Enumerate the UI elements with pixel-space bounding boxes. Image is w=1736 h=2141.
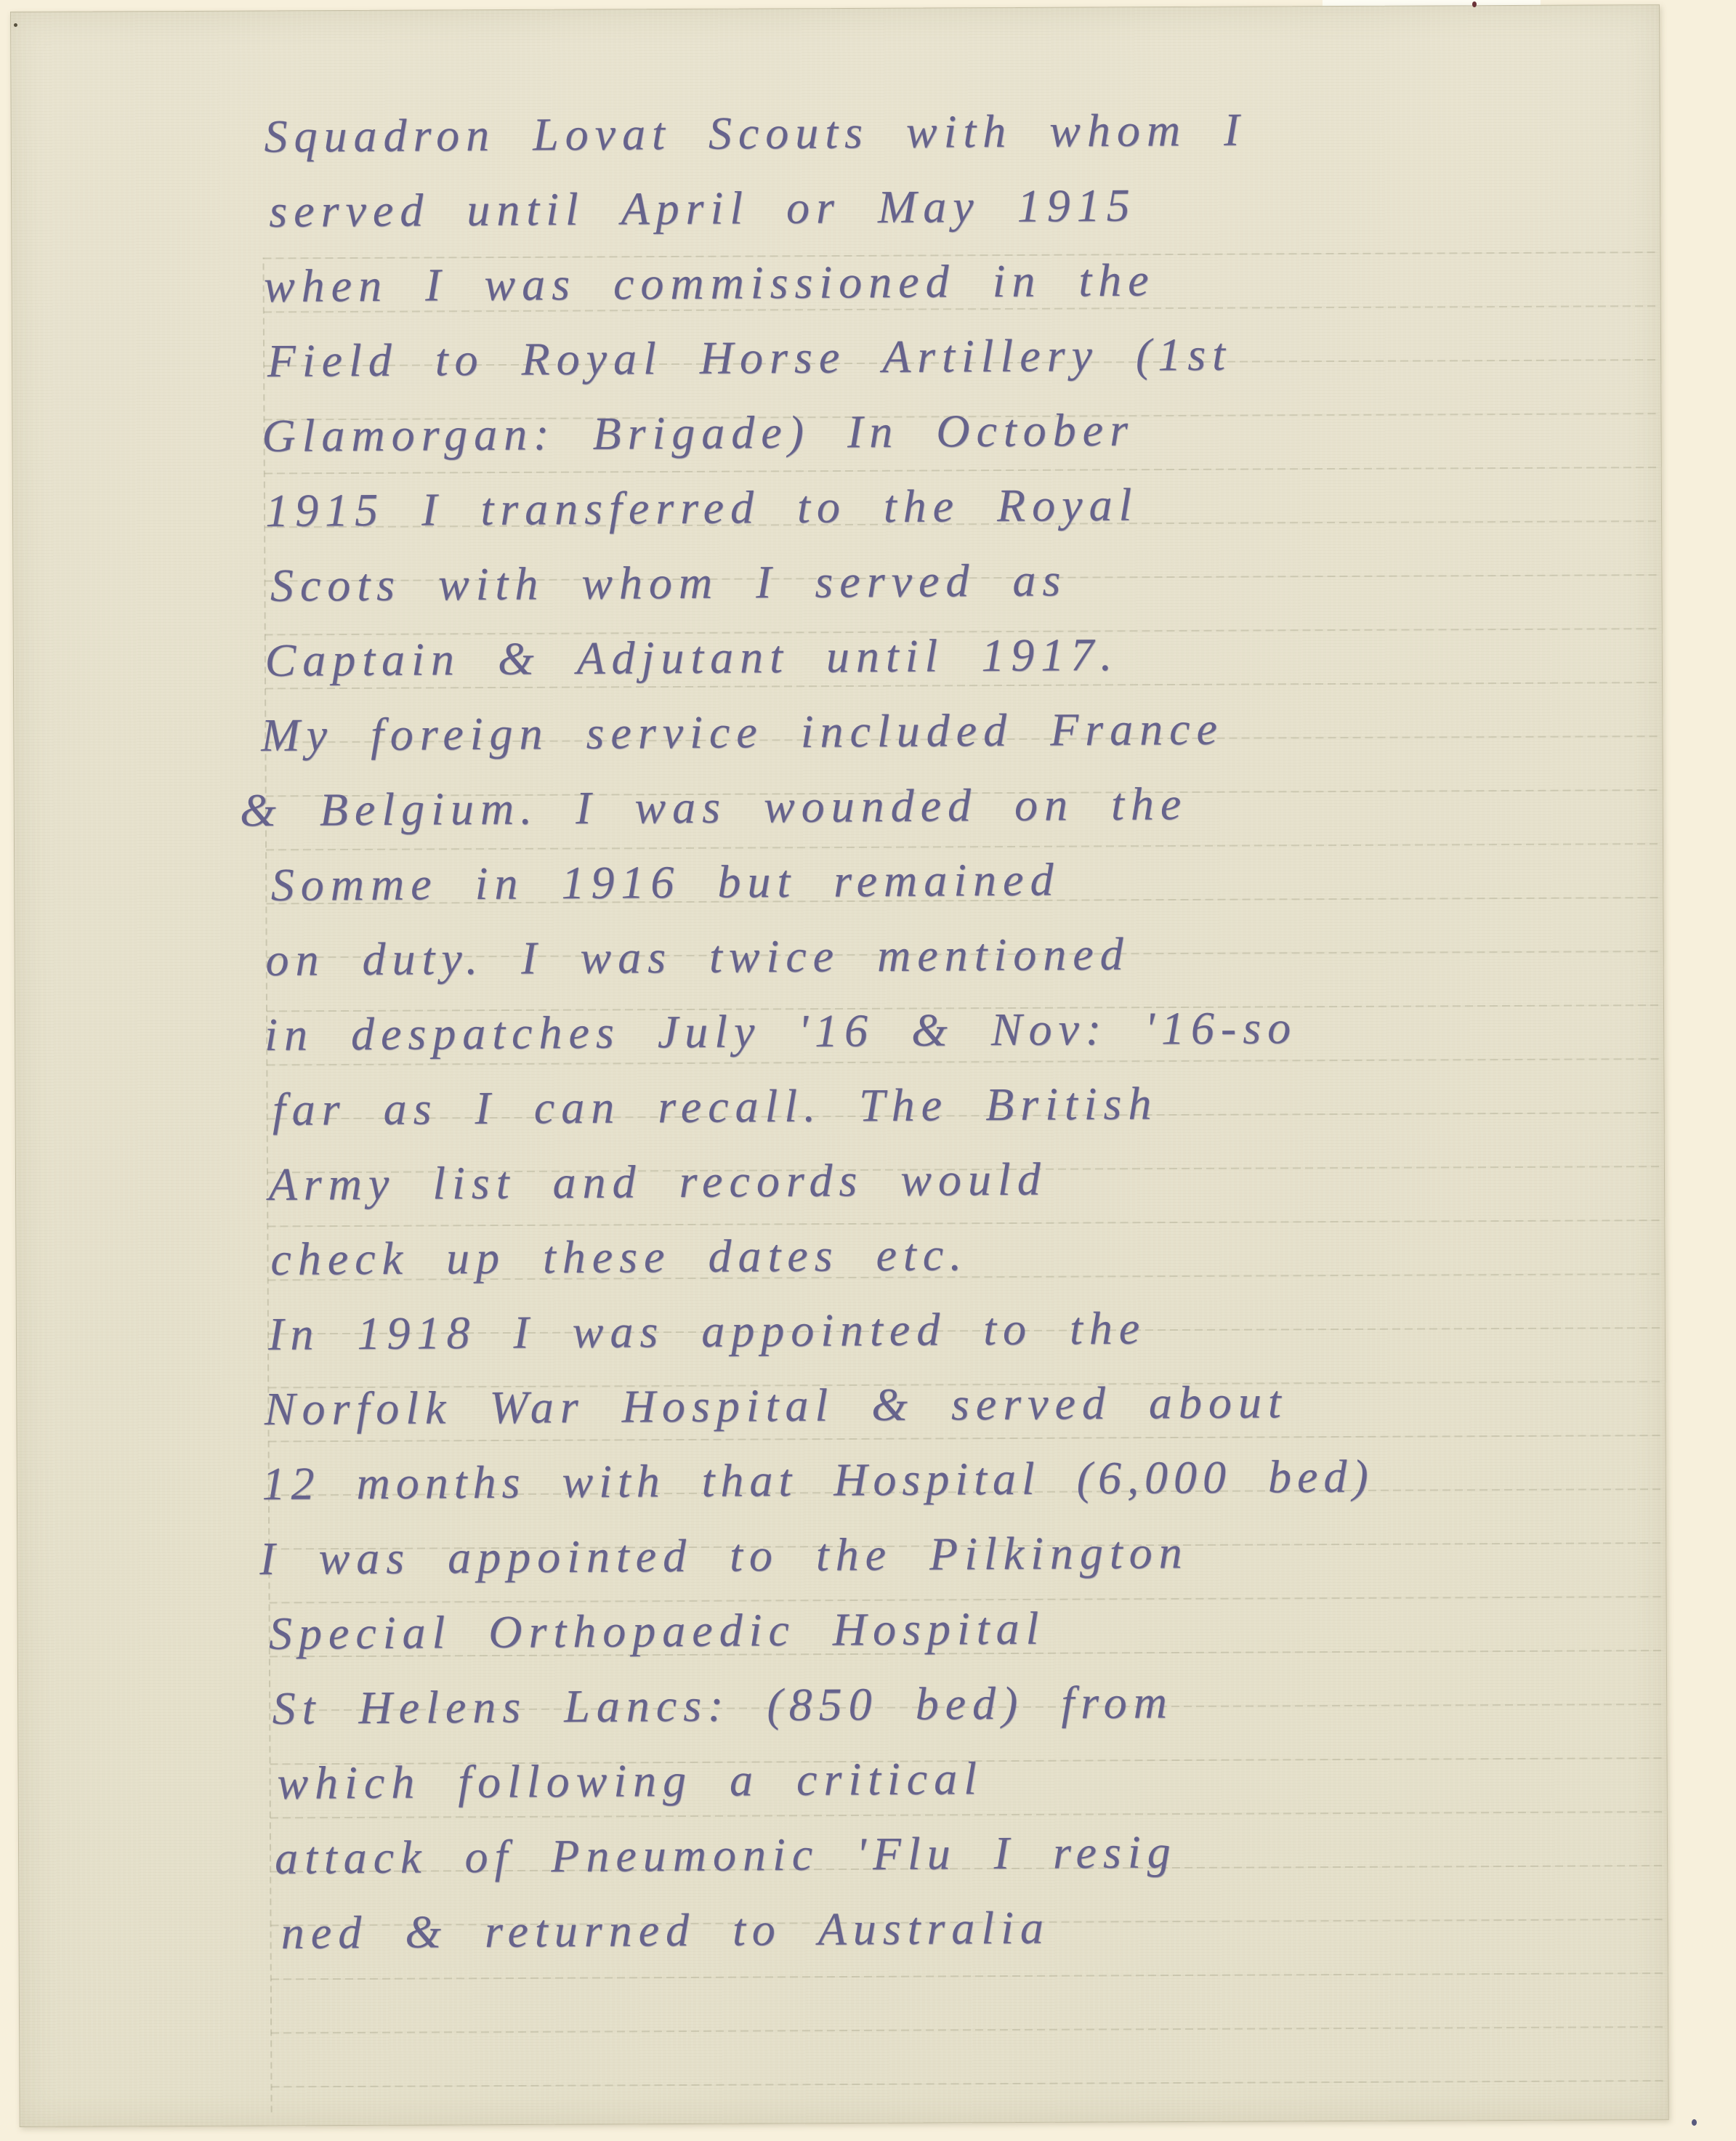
paper-speck — [1472, 1, 1477, 7]
ruled-line — [271, 2026, 1665, 2033]
handwritten-line: My foreign service included France — [261, 688, 1647, 773]
handwritten-line: when I was commissioned in the — [264, 239, 1644, 323]
handwritten-line: attack of Pneumonic 'Flu I resig — [275, 1811, 1655, 1895]
ink-speck — [1692, 2119, 1697, 2126]
handwritten-line: & Belgium. I was wounded on the — [240, 763, 1648, 848]
handwritten-line: 1915 I transferred to the Royal — [265, 464, 1646, 548]
handwritten-line: in despatches July '16 & Nov: '16-so — [265, 988, 1650, 1072]
handwritten-line: check up these dates etc. — [270, 1212, 1651, 1297]
handwritten-text: Squadron Lovat Scouts with whom I served… — [264, 89, 1655, 1970]
handwritten-line: Special Orthopaedic Hospital — [269, 1586, 1654, 1671]
ruled-lines — [11, 5, 1659, 12]
paper-speck — [14, 23, 17, 27]
handwritten-line: Norfolk War Hospital & served about — [264, 1362, 1652, 1446]
handwritten-line: I was appointed to the Pilkington — [259, 1512, 1653, 1596]
ruled-line — [271, 2080, 1665, 2087]
ruled-line — [271, 1972, 1665, 1980]
handwritten-line: Scots with whom I served as — [270, 539, 1646, 623]
scan-background: Squadron Lovat Scouts with whom I served… — [0, 0, 1736, 2141]
handwritten-line: 12 months with that Hospital (6,000 bed) — [262, 1437, 1652, 1521]
handwritten-line: which following a critical — [277, 1736, 1655, 1821]
handwritten-line: In 1918 I was appointed to the — [268, 1287, 1652, 1371]
handwritten-line: Glamorgan: Brigade) In October — [262, 389, 1645, 473]
handwritten-line: Army list and records would — [268, 1137, 1650, 1222]
handwritten-line: on duty. I was twice mentioned — [265, 913, 1649, 997]
handwritten-line: far as I can recall. The British — [272, 1063, 1650, 1147]
handwritten-line: Squadron Lovat Scouts with whom I — [264, 89, 1643, 174]
handwritten-line: served until April or May 1915 — [269, 164, 1644, 249]
handwritten-line: Captain & Adjutant until 1917. — [265, 613, 1647, 698]
letter-page: Squadron Lovat Scouts with whom I served… — [10, 4, 1669, 2127]
handwritten-line: Somme in 1916 but remained — [270, 838, 1648, 922]
handwritten-line: St Helens Lancs: (850 bed) from — [272, 1661, 1654, 1746]
handwritten-line: ned & returned to Australia — [280, 1886, 1655, 1970]
handwritten-line: Field to Royal Horse Artillery (1st — [267, 314, 1644, 398]
